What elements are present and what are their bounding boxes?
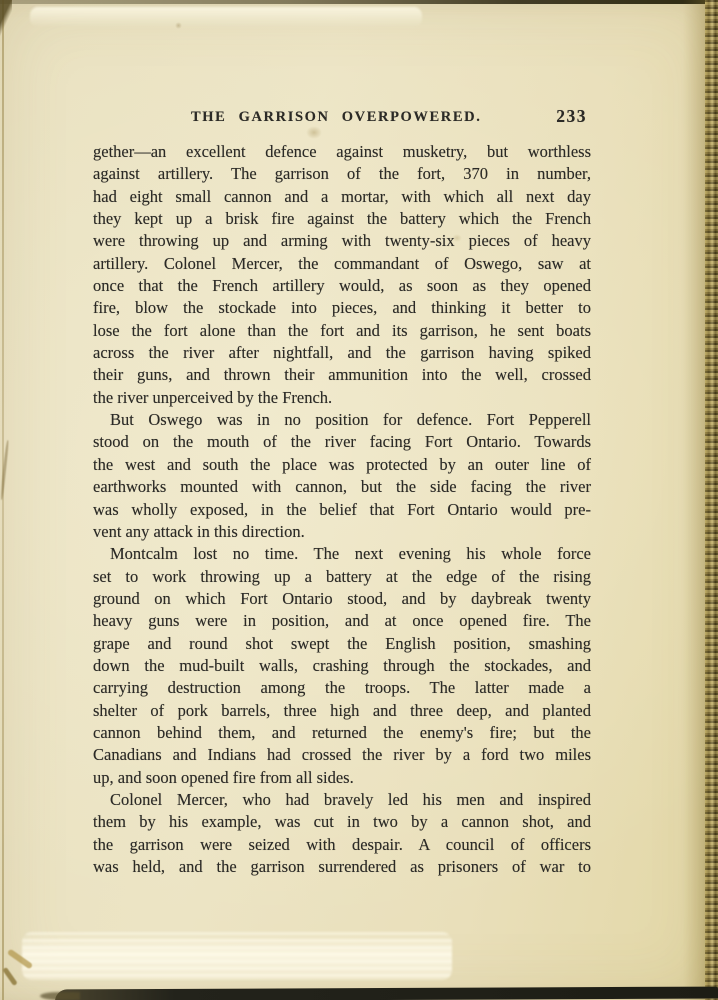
text-line: fire, blow the stockade into pieces, and… (93, 297, 591, 319)
worn-corner-mark (2, 967, 18, 986)
book-edge-top (0, 0, 718, 4)
text-line: grape and round shot swept the English p… (93, 633, 591, 655)
text-line: them by his example, was cut in two by a… (93, 811, 591, 833)
scanned-book-page: THE GARRISON OVERPOWERED. 233 gether—an … (0, 0, 718, 1000)
text-line: the river unperceived by the French. (93, 387, 591, 409)
text-line: artillery. Colonel Mercer, the commandan… (93, 253, 591, 275)
paragraph: Montcalm lost no time. The next evening … (93, 543, 591, 789)
text-line: had eight small cannon and a mortar, wit… (93, 186, 591, 208)
underlying-page-edge-highlight-top (30, 7, 422, 27)
text-line: down the mud-built walls, crashing throu… (93, 655, 591, 677)
text-line: against artillery. The garrison of the f… (93, 163, 591, 185)
paper-speck (175, 22, 182, 29)
text-line: the garrison were seized with despair. A… (93, 834, 591, 856)
text-line: the west and south the place was protect… (93, 454, 591, 476)
book-shadow-bottom-tip (40, 992, 80, 1000)
text-line: carrying destruction among the troops. T… (93, 677, 591, 699)
text-line: stood on the mouth of the river facing F… (93, 431, 591, 453)
running-header: THE GARRISON OVERPOWERED. 233 (93, 108, 591, 130)
text-line: were throwing up and arming with twenty-… (93, 230, 591, 252)
text-line: shelter of pork barrels, three high and … (93, 700, 591, 722)
page-crease-left (2, 0, 4, 1000)
page-number: 233 (556, 106, 587, 127)
text-line: was wholly exposed, in the belief that F… (93, 499, 591, 521)
text-line: their guns, and thrown their ammunition … (93, 364, 591, 386)
underlying-page-edge-highlight-bottom (22, 932, 452, 980)
text-line: set to work throwing up a battery at the… (93, 566, 591, 588)
text-line: up, and soon opened fire from all sides. (93, 767, 591, 789)
text-line: ground on which Fort Ontario stood, and … (93, 588, 591, 610)
text-line: Canadians and Indians had crossed the ri… (93, 744, 591, 766)
paragraph: Colonel Mercer, who had bravely led his … (93, 789, 591, 878)
text-line: vent any attack in this direction. (93, 521, 591, 543)
text-line: earthworks mounted with cannon, but the … (93, 476, 591, 498)
dark-corner-notch-top-left (0, 0, 12, 42)
text-line: once that the French artillery would, as… (93, 275, 591, 297)
text-line: gether—an excellent defence against musk… (93, 141, 591, 163)
text-line: But Oswego was in no position for defenc… (93, 409, 591, 431)
book-shadow-bottom (55, 987, 718, 1000)
paragraph: gether—an excellent defence against musk… (93, 141, 591, 409)
body-text: gether—an excellent defence against musk… (93, 141, 591, 878)
page-curve-shadow-right (683, 0, 705, 1000)
text-line: Colonel Mercer, who had bravely led his … (93, 789, 591, 811)
text-line: lose the fort alone than the fort and it… (93, 320, 591, 342)
text-line: they kept up a brisk fire against the ba… (93, 208, 591, 230)
text-line: Montcalm lost no time. The next evening … (93, 543, 591, 565)
running-title: THE GARRISON OVERPOWERED. (191, 109, 481, 126)
text-line: heavy guns were in position, and at once… (93, 610, 591, 632)
paragraph: But Oswego was in no position for defenc… (93, 409, 591, 543)
text-line: across the river after nightfall, and th… (93, 342, 591, 364)
book-page-block-edge-right (705, 0, 718, 1000)
text-line: cannon behind them, and returned the ene… (93, 722, 591, 744)
text-line: was held, and the garrison surrendered a… (93, 856, 591, 878)
